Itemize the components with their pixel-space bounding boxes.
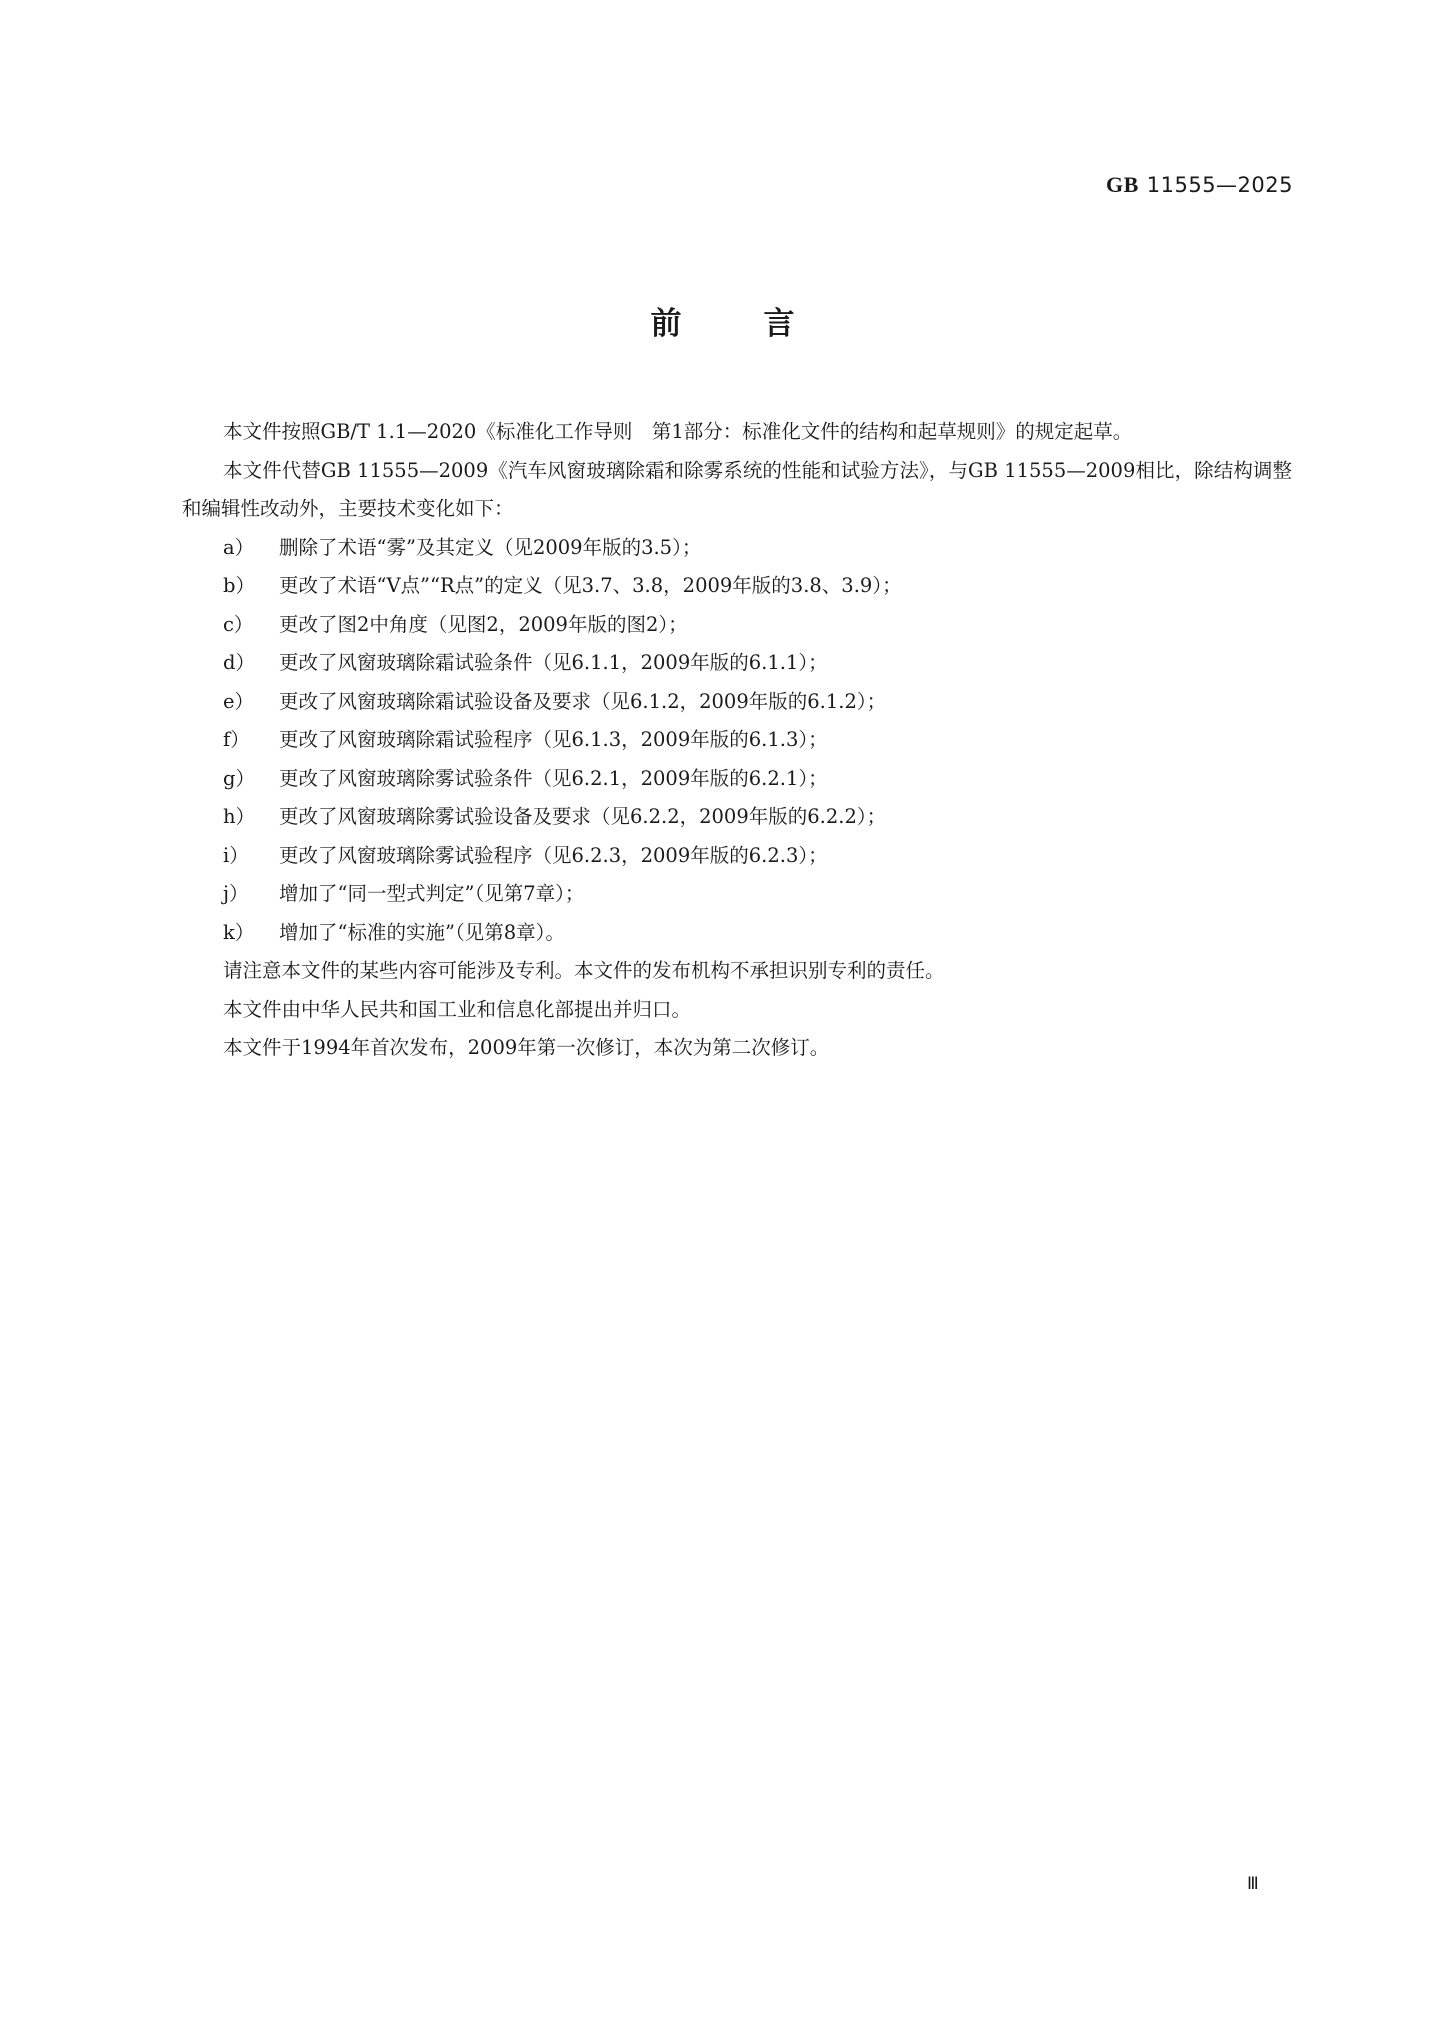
list-marker: h） bbox=[223, 798, 279, 837]
list-item: h）更改了风窗玻璃除雾试验设备及要求（见6.2.2，2009年版的6.2.2）； bbox=[182, 798, 1292, 837]
standard-prefix: GB bbox=[1106, 172, 1139, 197]
technical-changes-list: a）删除了术语“雾”及其定义（见2009年版的3.5）； b）更改了术语“V点”… bbox=[182, 529, 1292, 953]
list-marker: b） bbox=[223, 567, 279, 606]
foreword-body: 本文件按照GB/T 1.1—2020《标准化工作导则 第1部分：标准化文件的结构… bbox=[182, 413, 1292, 1068]
list-text: 更改了风窗玻璃除霜试验条件（见6.1.1，2009年版的6.1.1）； bbox=[279, 644, 828, 683]
list-item: c）更改了图2中角度（见图2，2009年版的图2）； bbox=[182, 606, 1292, 645]
list-marker: e） bbox=[223, 683, 279, 722]
paragraph-proposer: 本文件由中华人民共和国工业和信息化部提出并归口。 bbox=[182, 991, 1292, 1030]
standard-code: 11555—2025 bbox=[1147, 173, 1293, 197]
list-marker: f） bbox=[223, 721, 279, 760]
list-item: e）更改了风窗玻璃除霜试验设备及要求（见6.1.2，2009年版的6.1.2）； bbox=[182, 683, 1292, 722]
list-marker: k） bbox=[223, 914, 279, 953]
paragraph-replacement: 本文件代替GB 11555—2009《汽车风窗玻璃除霜和除雾系统的性能和试验方法… bbox=[182, 452, 1292, 529]
list-item: b）更改了术语“V点”“R点”的定义（见3.7、3.8，2009年版的3.8、3… bbox=[182, 567, 1292, 606]
list-marker: j） bbox=[223, 875, 279, 914]
list-text: 更改了图2中角度（见图2，2009年版的图2）； bbox=[279, 606, 688, 645]
list-marker: d） bbox=[223, 644, 279, 683]
list-text: 更改了风窗玻璃除霜试验设备及要求（见6.1.2，2009年版的6.1.2）； bbox=[279, 683, 886, 722]
list-item: k）增加了“标准的实施”（见第8章）。 bbox=[182, 914, 1292, 953]
title-char-2: 言 bbox=[764, 298, 795, 343]
paragraph-drafting-basis: 本文件按照GB/T 1.1—2020《标准化工作导则 第1部分：标准化文件的结构… bbox=[182, 413, 1292, 452]
page-title: 前言 bbox=[0, 298, 1445, 343]
list-text: 更改了风窗玻璃除雾试验条件（见6.2.1，2009年版的6.2.1）； bbox=[279, 760, 828, 799]
list-text: 增加了“标准的实施”（见第8章）。 bbox=[279, 914, 565, 953]
list-item: g）更改了风窗玻璃除雾试验条件（见6.2.1，2009年版的6.2.1）； bbox=[182, 760, 1292, 799]
list-marker: i） bbox=[223, 837, 279, 876]
list-marker: c） bbox=[223, 606, 279, 645]
list-marker: g） bbox=[223, 760, 279, 799]
list-marker: a） bbox=[223, 529, 279, 568]
list-item: i）更改了风窗玻璃除雾试验程序（见6.2.3，2009年版的6.2.3）； bbox=[182, 837, 1292, 876]
list-text: 更改了风窗玻璃除霜试验程序（见6.1.3，2009年版的6.1.3）； bbox=[279, 721, 828, 760]
standard-number: GB11555—2025 bbox=[1106, 172, 1293, 198]
document-page: GB11555—2025 前言 本文件按照GB/T 1.1—2020《标准化工作… bbox=[0, 0, 1445, 2044]
page-number: Ⅲ bbox=[1247, 1874, 1258, 1894]
list-text: 更改了风窗玻璃除雾试验设备及要求（见6.2.2，2009年版的6.2.2）； bbox=[279, 798, 886, 837]
list-item: a）删除了术语“雾”及其定义（见2009年版的3.5）； bbox=[182, 529, 1292, 568]
paragraph-patent-notice: 请注意本文件的某些内容可能涉及专利。本文件的发布机构不承担识别专利的责任。 bbox=[182, 952, 1292, 991]
list-item: f）更改了风窗玻璃除霜试验程序（见6.1.3，2009年版的6.1.3）； bbox=[182, 721, 1292, 760]
paragraph-history: 本文件于1994年首次发布，2009年第一次修订，本次为第二次修订。 bbox=[182, 1029, 1292, 1068]
list-text: 增加了“同一型式判定”（见第7章）； bbox=[279, 875, 584, 914]
list-text: 更改了术语“V点”“R点”的定义（见3.7、3.8，2009年版的3.8、3.9… bbox=[279, 567, 902, 606]
list-text: 更改了风窗玻璃除雾试验程序（见6.2.3，2009年版的6.2.3）； bbox=[279, 837, 828, 876]
title-char-1: 前 bbox=[651, 298, 682, 343]
list-item: j）增加了“同一型式判定”（见第7章）； bbox=[182, 875, 1292, 914]
list-text: 删除了术语“雾”及其定义（见2009年版的3.5）； bbox=[279, 529, 701, 568]
list-item: d）更改了风窗玻璃除霜试验条件（见6.1.1，2009年版的6.1.1）； bbox=[182, 644, 1292, 683]
